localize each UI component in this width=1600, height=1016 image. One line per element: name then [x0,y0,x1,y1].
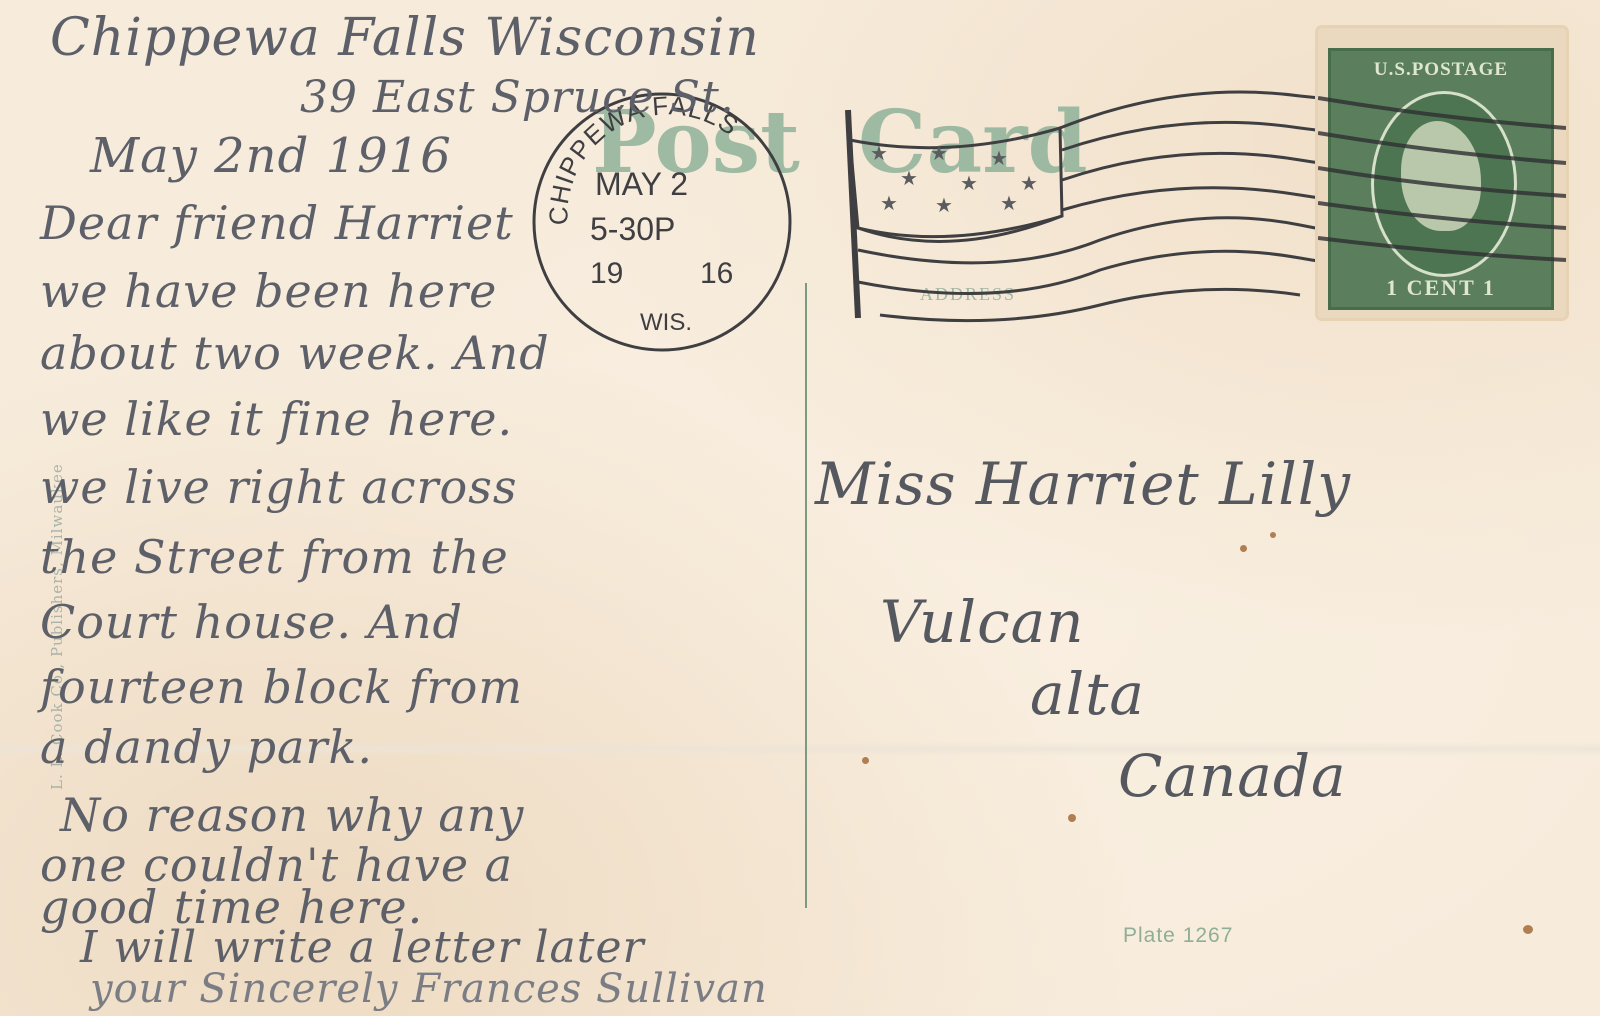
svg-text:★: ★ [935,193,953,217]
message-line: the Street from the [40,530,509,584]
svg-text:★: ★ [870,141,888,165]
svg-text:★: ★ [880,191,898,215]
postcard: Post Card ADDRESS Plate 1267 L. L. Cook … [0,0,1600,1016]
message-line: 39 East Spruce St. [300,72,735,123]
message-line: we have been here [40,264,497,318]
address-town: Vulcan [880,588,1085,656]
postmark-year-left: 19 [590,257,623,290]
postmark-time: 5-30P [590,211,675,247]
svg-text:★: ★ [1020,171,1038,195]
stamp-cancel-lines [1318,28,1566,318]
svg-text:★: ★ [1000,191,1018,215]
message-line: we live right across [40,460,517,514]
message-line: No reason why any [60,788,524,842]
svg-text:★: ★ [930,141,948,165]
message-line: we like it fine here. [40,392,513,446]
postmark-date: MAY 2 [595,166,688,202]
svg-text:★: ★ [990,146,1008,170]
foxing-spot [1240,545,1247,552]
address-province: alta [1030,660,1145,728]
address-country: Canada [1118,742,1347,810]
message-line: Chippewa Falls Wisconsin [50,8,760,68]
svg-text:★: ★ [960,171,978,195]
message-line: fourteen block from [40,660,523,714]
message-signature: your Sincerely Frances Sullivan [90,966,768,1012]
message-line: Dear friend Harriet [40,196,514,250]
message-line: Court house. And [40,595,463,649]
postage-stamp: U.S.POSTAGE 1 CENT 1 [1318,28,1566,318]
address-recipient: Miss Harriet Lilly [815,450,1351,518]
postmark-state: WIS. [640,309,692,336]
message-line: about two week. And [40,326,550,380]
foxing-spot [1270,532,1276,538]
svg-text:★: ★ [900,166,918,190]
foxing-spot [862,757,869,764]
foxing-spot [1523,925,1533,934]
message-line: May 2nd 1916 [90,128,452,184]
message-line: a dandy park. [40,720,373,774]
postmark-year-right: 16 [700,257,733,290]
foxing-spot [1068,814,1076,822]
